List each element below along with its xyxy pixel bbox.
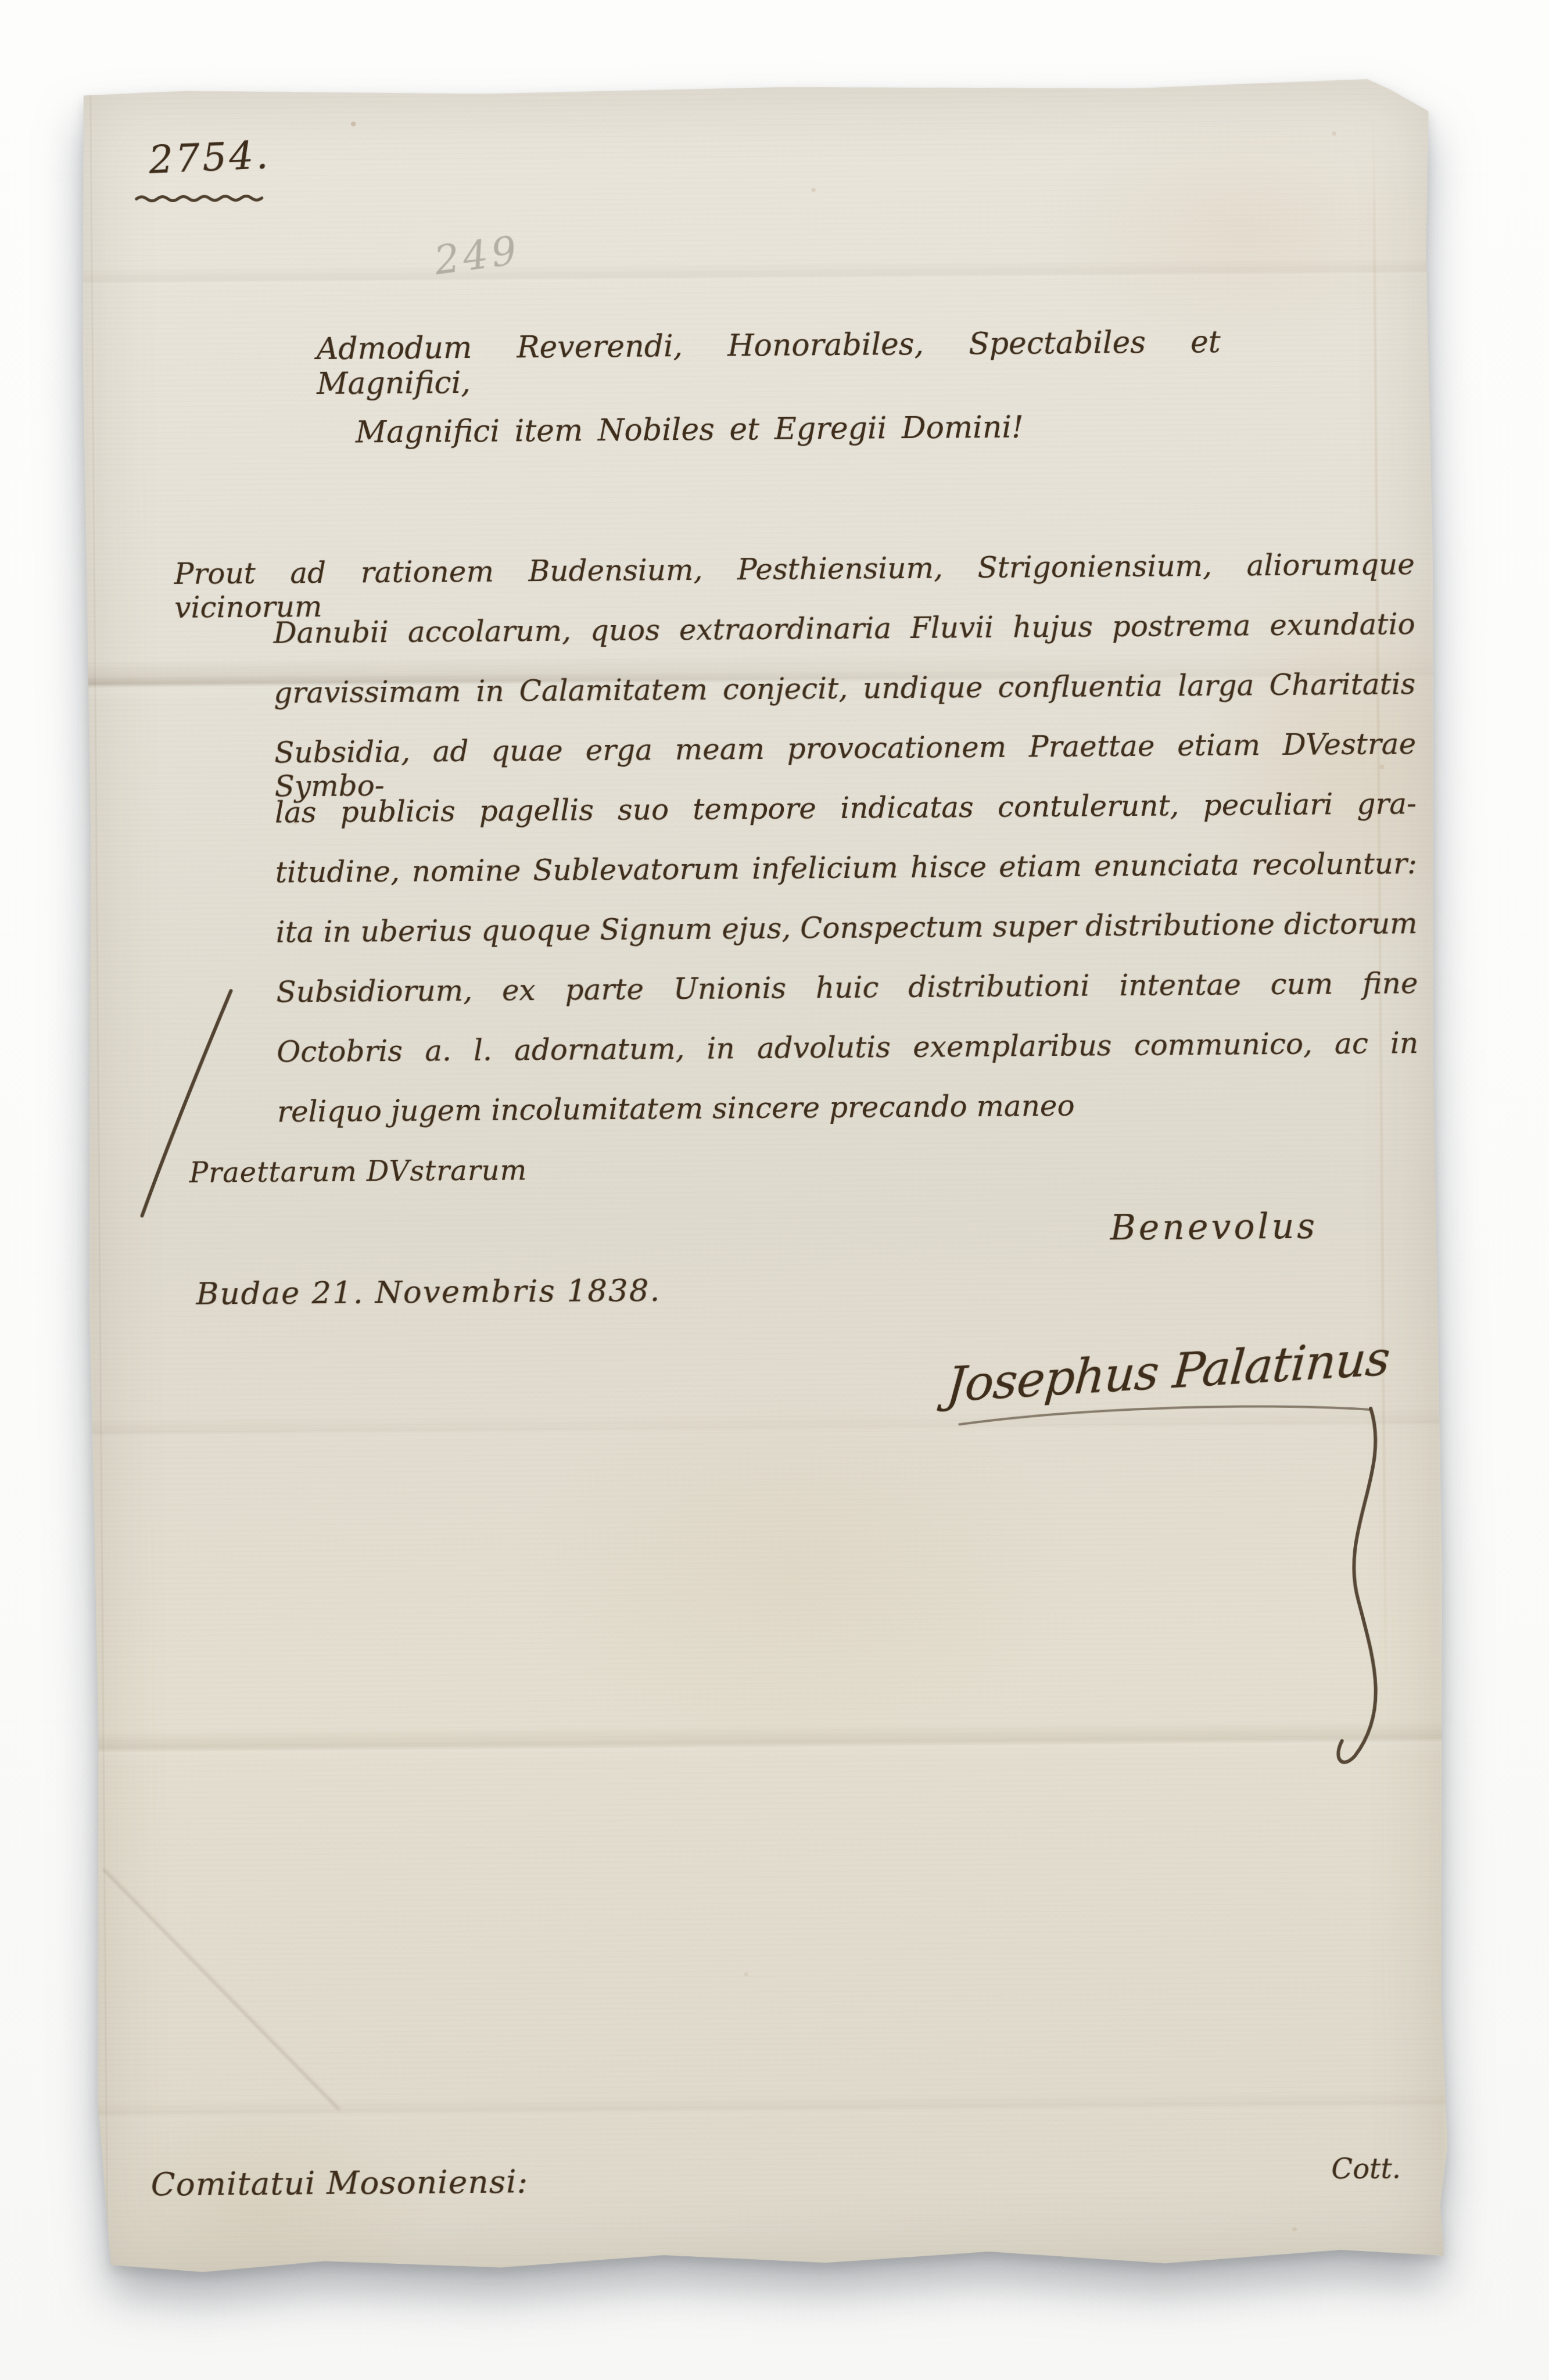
footer-addressee: Comitatui Mosoniensi:	[150, 2163, 528, 2203]
ink-speck	[1292, 2227, 1297, 2231]
registry-wavy-underline	[137, 196, 262, 201]
signature-flourish-tail	[1336, 1408, 1378, 1762]
margin-abbreviation-note: Praettarum DVstrarum	[189, 1155, 528, 1189]
fold-crease-left-edge	[89, 88, 111, 2277]
fold-crease-top	[79, 257, 1434, 293]
ink-speck	[351, 121, 356, 126]
footer-docket-abbreviation: Cott.	[1331, 2153, 1401, 2185]
body-line: titudine, nomine Sublevatorum infelicium…	[275, 847, 1417, 890]
signature-josephus-palatinus: Josephus Palatinus	[945, 1331, 1392, 1413]
registry-number: 2754.	[148, 133, 271, 182]
pencil-folio-number: 249	[432, 228, 523, 285]
letter-sheet: 2754. 249 Admodum Reverendi, Honorabiles…	[77, 77, 1450, 2277]
salutation-line-1: Admodum Reverendi, Honorabiles, Spectabi…	[317, 325, 1221, 402]
body-line: reliquo jugem incolumitatem sincere prec…	[277, 1089, 1075, 1129]
ink-speck	[812, 188, 816, 192]
fold-crease-lower	[90, 1721, 1445, 1767]
body-line: Subsidiorum, ex parte Unionis huic distr…	[276, 967, 1418, 1009]
fold-crease-diagonal	[100, 1868, 341, 2113]
ink-speck	[1332, 131, 1336, 135]
place-and-date: Budae 21. Novembris 1838.	[196, 1273, 661, 1312]
paper-surface: 2754. 249 Admodum Reverendi, Honorabiles…	[77, 77, 1450, 2277]
body-line: Octobris a. l. adornatum, in advolutis e…	[277, 1027, 1418, 1069]
salutation-line-2: Magnifici item Nobiles et Egregii Domini…	[356, 410, 1024, 450]
body-line: ita in uberius quoque Signum ejus, Consp…	[275, 907, 1417, 949]
fold-crease-middle	[88, 1408, 1443, 1447]
ink-speck	[744, 1972, 748, 1976]
fold-crease-bottom	[93, 2091, 1448, 2127]
body-line: gravissimam in Calamitatem conjecit, und…	[274, 668, 1415, 710]
valediction: Benevolus	[1110, 1207, 1318, 1249]
scanned-document-photo: { "document": { "registry_number": "2754…	[0, 0, 1549, 2380]
